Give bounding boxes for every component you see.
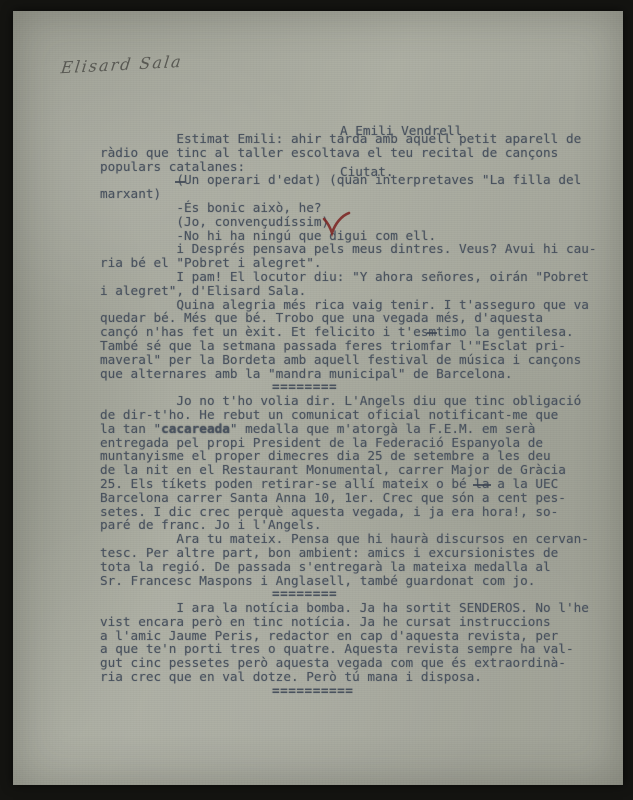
letter-line: I pam! El locutor diu: "Y ahora señores,…: [100, 270, 597, 284]
letter-line: marxant): [100, 187, 597, 201]
letter-line: vist encara però en tinc notícia. Ja he …: [100, 615, 597, 629]
letter-line: Jo no t'ho volia dir. L'Angels diu que t…: [100, 394, 597, 408]
letter-line: setes. I dic crec perquè aquesta vegada,…: [100, 505, 597, 519]
letter-line: de la nit en el Restaurant Monumental, c…: [100, 463, 597, 477]
letter-line: maveral" per la Bordeta amb aquell festi…: [100, 353, 597, 367]
letter-line: a que te'n porti tres o quatre. Aquesta …: [100, 642, 597, 656]
letter-line: a l'amic Jaume Peris, redactor en cap d'…: [100, 629, 597, 643]
red-check-mark-icon: [321, 210, 351, 238]
letter-line: 25. Els tíkets poden retirar-se allí mat…: [100, 477, 597, 491]
page-background: { "letterhead": { "name": "Elisard Sala"…: [0, 0, 633, 800]
letter-line: I ara la notícia bomba. Ja ha sortit SEN…: [100, 601, 597, 615]
letter-line: cançó n'has fet un èxit. Et felicito i t…: [100, 325, 597, 339]
letter-line: ràdio que tinc al taller escoltava el te…: [100, 146, 597, 160]
letter-paper: Elisard Sala A Emili Vendrell Ciutat. Es…: [13, 11, 623, 785]
letter-line: tota la regió. De passada s'entregarà la…: [100, 560, 597, 574]
letter-line: que alternares amb la "mandra municipal"…: [100, 367, 597, 381]
letter-line: de dir-t'ho. He rebut un comunicat ofici…: [100, 408, 597, 422]
letter-line: (Un operari d'edat) (quan interpretaves …: [100, 173, 597, 187]
letter-line: entregada pel propi President de la Fede…: [100, 436, 597, 450]
letter-line: gut cinc pessetes però aquesta vegada co…: [100, 656, 597, 670]
letter-line: Estimat Emili: ahir tarda amb aquell pet…: [100, 132, 597, 146]
letter-line: quedar bé. Més que bé. Trobo que una veg…: [100, 311, 597, 325]
letter-line: Quina alegria més rica vaig tenir. I t'a…: [100, 298, 597, 312]
letter-line: i alegret", d'Elisard Sala.: [100, 284, 597, 298]
letter-line: i Després pensava pels meus dintres. Veu…: [100, 242, 597, 256]
letter-line: Barcelona carrer Santa Anna 10, 1er. Cre…: [100, 491, 597, 505]
letter-line: També sé que la setmana passada feres tr…: [100, 339, 597, 353]
letter-line: paré de franc. Jo i l'Angels.: [100, 518, 597, 532]
divider-line: ========: [100, 587, 597, 601]
letter-line: ria bé el "Pobret i alegret".: [100, 256, 597, 270]
divider-line: ========: [100, 380, 597, 394]
divider-line: ==========: [100, 684, 597, 698]
letter-line: ria crec que en val dotze. Però tú mana …: [100, 670, 597, 684]
letter-line: la tan "cacareada" medalla que m'atorgà …: [100, 422, 597, 436]
letter-line: muntanyisme el proper dimecres dia 25 de…: [100, 449, 597, 463]
letter-line: populars catalanes:: [100, 160, 597, 174]
letterhead-signature: Elisard Sala: [60, 52, 184, 78]
letter-line: tesc. Per altre part, bon ambient: amics…: [100, 546, 597, 560]
letter-line: Ara tu mateix. Pensa que hi haurà discur…: [100, 532, 597, 546]
letter-line: Sr. Francesc Maspons i Anglasell, també …: [100, 574, 597, 588]
